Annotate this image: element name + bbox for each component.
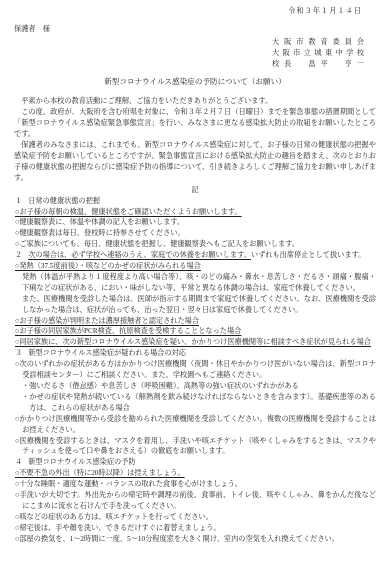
list-item: ○帰宅後は、手や顔を洗い、できるだけすぐに着替えましょう。 xyxy=(15,523,376,534)
list-item-detail: また、医療機関を受診した場合は、医師が指示する期間まで家庭で休養してください。な… xyxy=(22,294,376,316)
list-item: ○健康観察表は毎日、登校時に持参させてください。 xyxy=(15,228,376,239)
sender-school: 大阪市立城東中学校 xyxy=(272,48,364,59)
section-4: ４新型コロナウイルス感染症の予防 ○不要不急の外出（特に20時以降）は控えましょ… xyxy=(14,457,376,544)
list-item: ○手洗いが大切です。外出先からの帰宅時や調理の前後、食事前、トイレ後、咳やくしゃ… xyxy=(15,490,376,512)
section-heading: ４新型コロナウイルス感染症の予防 xyxy=(15,457,376,468)
section-heading-label: いずれも出席停止として扱います。 xyxy=(251,251,365,259)
sender-block: 大阪市教育委員会 大阪市立城東中学校 校長 畠平 亨一 xyxy=(272,37,364,70)
list-item: ○かかりつけ医療機関等から受診を勧められた医療機関を受診してください。複数の医療… xyxy=(15,414,376,436)
list-item-detail: 発熱（体温が平熱より１度程度より高い場合等）、咳・のどの痛み・鼻水・息苦しさ・だ… xyxy=(22,272,376,294)
record-mark: 記 xyxy=(14,185,376,196)
section-1: １日常の健康状態の把握 ○お子様の毎朝の検温、健康状態をご確認いただくようお願い… xyxy=(14,196,376,251)
section-heading-underlined: 次の場合は、必ず学校へ連絡のうえ、家庭での休養をお願いします。 xyxy=(28,251,251,259)
list-item: ○十分な睡眠・適度な運動・バランスの取れた食事を心がけましょう。 xyxy=(15,479,376,490)
list-item: ○ご家族についても、毎日、健康状態を把握し、健康観察表へもご記入をお願いします。 xyxy=(15,239,376,250)
document-date: 令和３年１月１４日 xyxy=(14,6,376,17)
section-number: １ xyxy=(15,197,22,205)
list-item: ○次のいずれかの症状がある方はかかりつけ医療機関（夜間・休日やかかりつけ医がいな… xyxy=(15,359,376,381)
paragraph: この度、政府が、大阪府を含む府県を対象に、令和３年２月７日（日曜日）までを緊急事… xyxy=(14,107,376,140)
sender-principal: 校長 畠平 亨一 xyxy=(272,59,364,70)
section-number: ２ xyxy=(15,251,22,259)
list-item: ○不要不急の外出（特に20時以降）は控えましょう。 xyxy=(15,468,376,479)
section-number: ４ xyxy=(15,458,22,466)
section-heading: ３新型コロナウイルス感染症が疑われる場合の対応 xyxy=(15,348,376,359)
section-number: ３ xyxy=(15,349,22,357)
section-heading-label: 日常の健康状態の把握 xyxy=(28,197,100,205)
list-subitem: ・強いだるさ（倦怠感）や息苦しさ（呼吸困難）、高熱等の強い症状のいずれかがある xyxy=(22,381,376,392)
list-item: ○お子様の感染が判明または濃厚接触者と認定された場合 xyxy=(15,316,376,327)
section-heading-label: 新型コロナウイルス感染症の予防 xyxy=(28,458,135,466)
sender-organization: 大阪市教育委員会 xyxy=(272,37,364,48)
list-item: ○部屋の換気を、1～2時間に一度、5～10分程度窓を大きく開け、室内の空気を入れ… xyxy=(15,534,376,545)
section-3: ３新型コロナウイルス感染症が疑われる場合の対応 ○次のいずれかの症状がある方はか… xyxy=(14,348,376,457)
section-heading: １日常の健康状態の把握 xyxy=(15,196,376,207)
paragraph: 平素から本校の教育活動にご理解、ご協力をいただきありがとうございます。 xyxy=(14,96,376,107)
list-subitem: ・かぜの症状や発熱が続いている（解熱剤を飲み続けなければならないときを含みます）… xyxy=(22,392,376,414)
recipient: 保護者 様 xyxy=(14,24,376,35)
document-title: 新型コロナウイルス感染症の予防について（お願い） xyxy=(14,77,376,88)
section-heading: ２次の場合は、必ず学校へ連絡のうえ、家庭での休養をお願いします。いずれも出席停止… xyxy=(15,250,376,261)
list-item: ○発熱（37.5度前後）・咳などのかぜの症状がみられる場合 xyxy=(15,261,376,272)
list-item: ○同居家族に、次の新型コロナウイルス感染症を疑い、かかりつけ医療機関等に相談すべ… xyxy=(15,337,376,348)
section-heading-label: 新型コロナウイルス感染症が疑われる場合の対応 xyxy=(28,349,186,357)
list-item: ○医療機関を受診するときは、マスクを着用し、手洗いや咳エチケット（咳やくしゃみを… xyxy=(15,436,376,458)
paragraph: 保護者のみなさまには、これまでも、新型コロナウイルス感染症に対して、お子様の日常… xyxy=(14,140,376,184)
body-text: 平素から本校の教育活動にご理解、ご協力をいただきありがとうございます。 この度、… xyxy=(14,96,376,183)
list-item: ○健康観察表に、体温や体調の記入をお願いします。 xyxy=(15,217,376,228)
list-item: ○お子様の毎朝の検温、健康状態をご確認いただくようお願いします。 xyxy=(15,207,376,218)
letter-page: 令和３年１月１４日 保護者 様 大阪市教育委員会 大阪市立城東中学校 校長 畠平… xyxy=(0,0,388,585)
list-item: ○お子様の同居家族がPCR検査、抗原検査を受検することとなった場合 xyxy=(15,326,376,337)
list-item: ○咳などの症状のある方は、咳エチケットを行ってください。 xyxy=(15,512,376,523)
section-2: ２次の場合は、必ず学校へ連絡のうえ、家庭での休養をお願いします。いずれも出席停止… xyxy=(14,250,376,348)
